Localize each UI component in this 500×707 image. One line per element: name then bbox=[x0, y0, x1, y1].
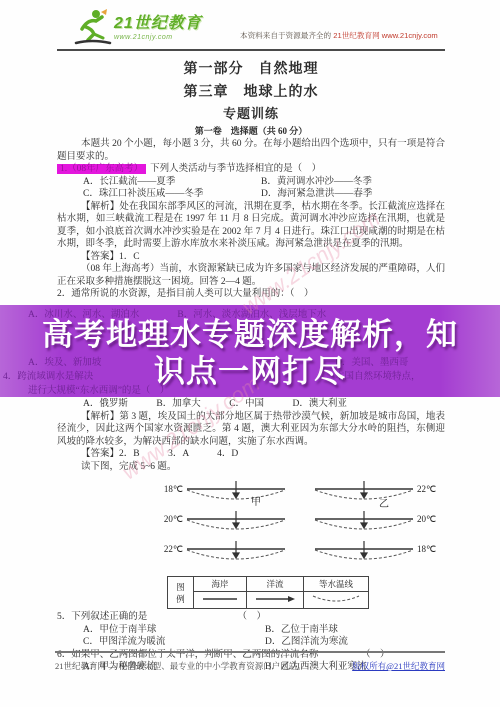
coast-line-icon bbox=[200, 595, 240, 603]
option-c: C．珠江口补淡压咸——冬季 bbox=[83, 188, 261, 201]
temp-label: 22℃ bbox=[164, 544, 183, 554]
exam-paper-bottom: A．俄罗斯 B．加拿大 C．中国 D．澳大利亚 【解析】第 3 题，埃及国土的大… bbox=[57, 398, 445, 674]
question-1-options-row-2: C．珠江口补淡压咸——冬季 D．海河紧急泄洪——春季 bbox=[57, 188, 445, 201]
option-a: A．甲位于南半球 bbox=[83, 624, 265, 637]
legend-coast-label: 海岸 bbox=[194, 577, 247, 592]
legend-isotherm-symbol-cell bbox=[304, 592, 369, 609]
page: www.21cnjy.com www.21cnjy.com 21世纪教育 www… bbox=[0, 0, 500, 707]
temp-label: 20℃ bbox=[417, 514, 436, 524]
footer-text: 21世纪教育网 — 中国最大型、最专业的中小学教育资源门户网站。 bbox=[55, 661, 306, 672]
option-b: B．乙位于南半球 bbox=[265, 624, 338, 637]
section-title: 专题训练 bbox=[57, 105, 445, 123]
temp-label: 22℃ bbox=[417, 484, 436, 494]
logo: 21世纪教育 www.21cnjy.com bbox=[72, 7, 202, 49]
option-d: D．乙图洋流为寒流 bbox=[265, 636, 348, 649]
header: 21世纪教育 www.21cnjy.com 本资料来自于资源最齐全的 21世纪教… bbox=[72, 5, 444, 49]
header-rule bbox=[57, 49, 445, 51]
isotherm-diagram-figure: 18℃ 20℃ 22℃ 22℃ 20℃ 18℃ 甲 乙 bbox=[155, 477, 455, 569]
questions-3-4-analysis: 【解析】第 3 题，埃及国土的大部分地区属于热带沙漠气候，新加坡是城市岛国，地表… bbox=[57, 411, 445, 449]
panel-label-jia: 甲 bbox=[251, 496, 261, 508]
brand-url: www.21cnjy.com bbox=[114, 33, 202, 42]
panel-label-yi: 乙 bbox=[379, 498, 389, 510]
footer-copyright-link[interactable]: 版权所有@21世纪教育网 bbox=[352, 661, 445, 672]
questions-2-4-answer: 【答案】2．B 3．A 4．D bbox=[57, 448, 445, 461]
question-1-stem: 下列人类活动与季节选择相宜的是（ ） bbox=[150, 164, 321, 174]
option-d: D．海河紧急泄洪——春季 bbox=[261, 188, 372, 201]
current-arrow-icon bbox=[253, 594, 297, 604]
part-title: 第一部分 自然地理 bbox=[57, 60, 445, 80]
diagram-intro: 读下图，完成 5~6 题。 bbox=[57, 461, 445, 474]
brand-block: 21世纪教育 www.21cnjy.com bbox=[114, 15, 202, 42]
promo-headline: 高考地理水专题深度解析，知 识点一网打尽 bbox=[0, 305, 500, 390]
question-5-stem: 5．下列叙述正确的是 （ ） bbox=[57, 611, 445, 624]
option-c: C．甲图洋流为暖流 bbox=[83, 636, 265, 649]
question-1: 1.（08年广东高考）下列人类活动与季节选择相宜的是（ ） bbox=[57, 163, 445, 176]
paper-subtitle: 第一卷 选择题（共 60 分） bbox=[57, 125, 445, 138]
footer: 21世纪教育网 — 中国最大型、最专业的中小学教育资源门户网站。 版权所有@21… bbox=[55, 651, 445, 672]
option-b: B．黄河调水冲沙——冬季 bbox=[261, 176, 372, 189]
temp-label: 18℃ bbox=[164, 484, 183, 494]
question-1-analysis: 【解析】处在我国东部季风区的河流，汛期在夏季，枯水期在冬季。长江截流应选择在枯水… bbox=[57, 201, 445, 251]
intro-paragraph: 本题共 20 个小题，每小题 3 分，共 60 分。在每小题给出四个选项中，只有… bbox=[57, 138, 445, 163]
question-5-options-row-1: A．甲位于南半球 B．乙位于南半球 bbox=[57, 624, 445, 637]
promo-headline-line-2: 识点一网打尽 bbox=[0, 353, 500, 390]
legend-coast-symbol-cell bbox=[194, 592, 247, 609]
header-tagline: 本资料来自于资源最齐全的 21世纪教育网 www.21cnjy.com bbox=[240, 31, 438, 41]
exam-paper-top: 第一部分 自然地理 第三章 地球上的水 专题训练 第一卷 选择题（共 60 分）… bbox=[57, 54, 445, 301]
legend-current-label: 洋流 bbox=[247, 577, 304, 592]
isotherm-dash-icon bbox=[310, 593, 362, 605]
promo-overlay-banner: A．冰川水、河水、湖泊水 B．河水、淡水湖泊水、浅层地下水 A．埃及、新加坡 D… bbox=[0, 305, 500, 397]
question-5-options-row-2: C．甲图洋流为暖流 D．乙图洋流为寒流 bbox=[57, 636, 445, 649]
runner-logo-icon bbox=[72, 7, 112, 49]
promo-headline-line-1: 高考地理水专题深度解析，知 bbox=[0, 316, 500, 353]
tagline-prefix: 本资料来自于资源最齐全的 bbox=[240, 31, 331, 40]
temp-label: 20℃ bbox=[164, 514, 183, 524]
legend-title-cell: 图例 bbox=[168, 577, 194, 609]
legend-current-symbol-cell bbox=[247, 592, 304, 609]
isotherm-diagram: 18℃ 20℃ 22℃ 22℃ 20℃ 18℃ 甲 乙 图例 海岸 洋流 等水温… bbox=[155, 477, 455, 609]
option-a: A．长江截流——夏季 bbox=[83, 176, 261, 189]
diagram-legend-table: 图例 海岸 洋流 等水温线 bbox=[167, 576, 369, 609]
temp-label: 18℃ bbox=[417, 544, 436, 554]
question-1-answer: 【答案】1．C bbox=[57, 251, 445, 264]
questions-2-4-intro: （08 年上海高考）当前，水资源紧缺已成为许多国家与地区经济发展的严重障碍，人们… bbox=[57, 263, 445, 288]
legend-isotherm-label: 等水温线 bbox=[304, 577, 369, 592]
question-1-options-row-1: A．长江截流——夏季 B．黄河调水冲沙——冬季 bbox=[57, 176, 445, 189]
question-1-source-highlight: 1.（08年广东高考） bbox=[57, 164, 146, 174]
tagline-brand: 21世纪教育网 www.21cnjy.com bbox=[333, 31, 438, 40]
chapter-title: 第三章 地球上的水 bbox=[57, 83, 445, 103]
brand-name: 21世纪教育 bbox=[114, 15, 202, 33]
